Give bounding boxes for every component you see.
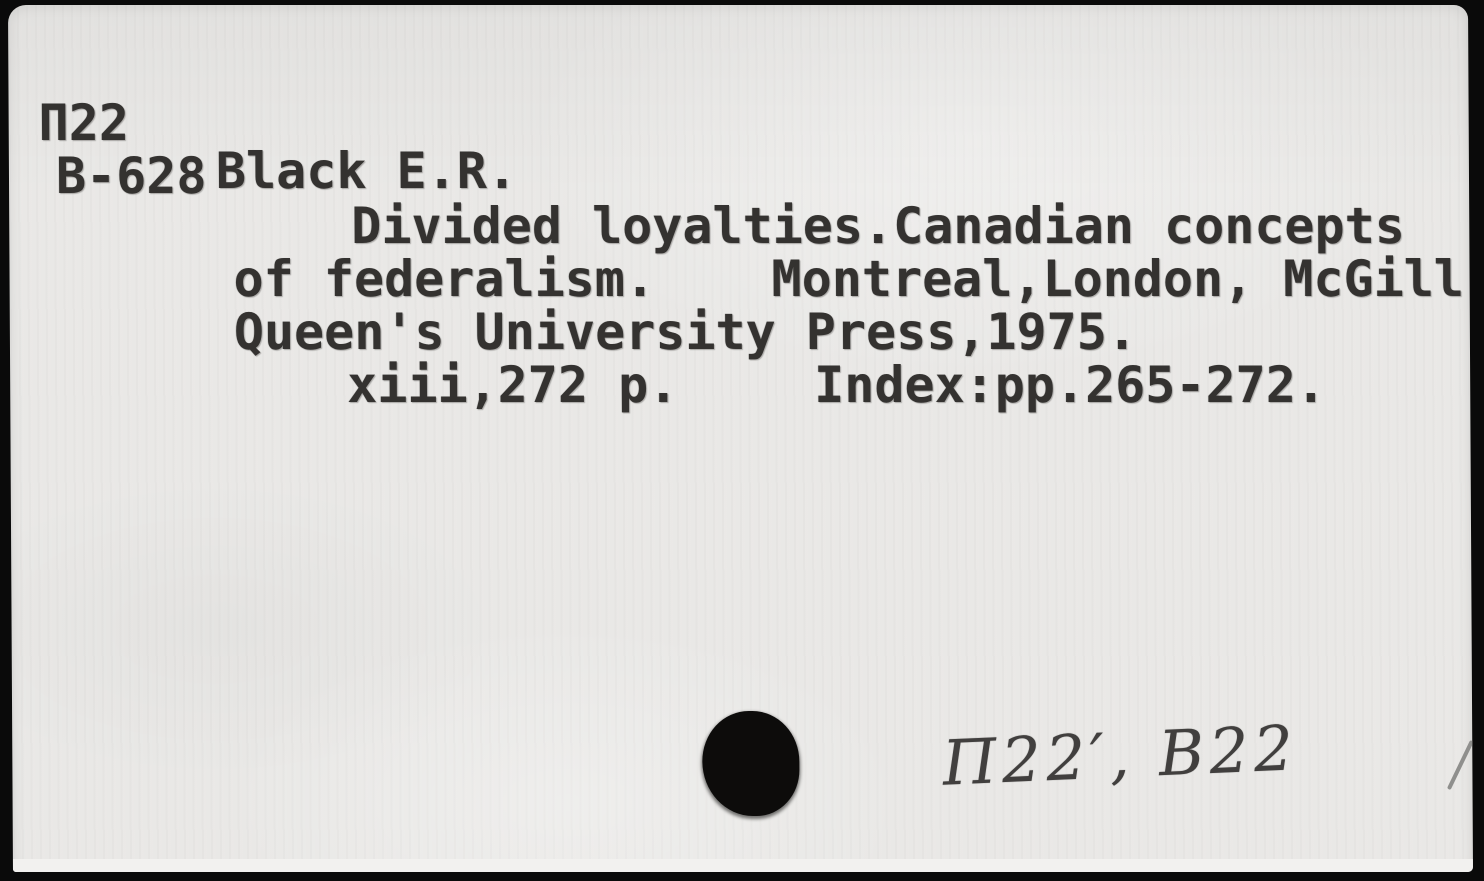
title-continuation: of federalism. bbox=[233, 254, 655, 304]
catalog-card: П22 B-628 Black E.R. Divided loyalties.C… bbox=[8, 5, 1473, 872]
handwritten-call-number: П22′, В22 bbox=[941, 717, 1300, 794]
index-note: Index:pp.265-272. bbox=[814, 360, 1326, 410]
pen-mark bbox=[1447, 740, 1473, 790]
call-number-cutter: B-628 bbox=[56, 151, 207, 201]
punch-hole-dot bbox=[702, 711, 800, 816]
title-line: Divided loyalties.Canadian concepts bbox=[351, 201, 1405, 251]
author-heading: Black E.R. bbox=[216, 146, 517, 196]
collation-statement: xiii,272 p. bbox=[347, 360, 678, 410]
imprint-continuation: Queen's University Press,1975. bbox=[234, 307, 1137, 357]
call-number-class: П22 bbox=[39, 98, 130, 148]
imprint-place-publisher: Montreal,London, McGill bbox=[771, 254, 1464, 304]
scan-background: П22 B-628 Black E.R. Divided loyalties.C… bbox=[0, 0, 1484, 881]
